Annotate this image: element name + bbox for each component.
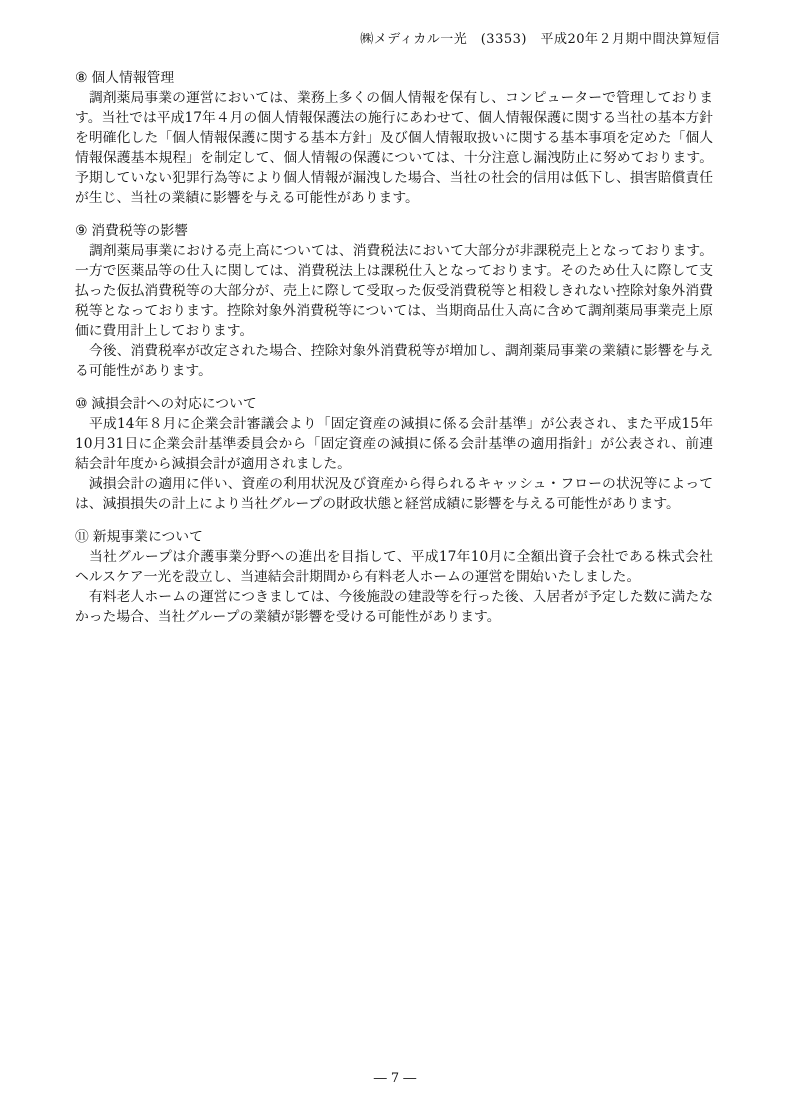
risk-section: ⑪新規事業について 当社グループは介護事業分野への進出を目指して、平成17年10… [75, 527, 713, 627]
section-heading: ⑪新規事業について [75, 527, 713, 547]
section-title: 減損会計への対応について [91, 396, 256, 412]
page-header: ㈱メディカル一光 (3353) 平成20年２月期中間決算短信 [360, 28, 720, 47]
section-paragraph: 当社グループは介護事業分野への進出を目指して、平成17年10月に全額出資子会社で… [75, 547, 713, 587]
section-heading: ⑨消費税等の影響 [75, 221, 713, 241]
section-paragraph: 平成14年８月に企業会計審議会より「固定資産の減損に係る会計基準」が公表され、ま… [75, 414, 713, 474]
section-marker: ⑪ [75, 527, 89, 547]
risk-sections-container: ⑧個人情報管理 調剤薬局事業の運営においては、業務上多くの個人情報を保有し、コン… [75, 68, 713, 640]
section-title: 個人情報管理 [91, 70, 174, 86]
section-marker: ⑨ [75, 221, 87, 241]
section-paragraph: 今後、消費税率が改定された場合、控除対象外消費税等が増加し、調剤薬局事業の業績に… [75, 341, 713, 381]
document-page: ㈱メディカル一光 (3353) 平成20年２月期中間決算短信 ⑧個人情報管理 調… [0, 0, 790, 1118]
section-marker: ⑩ [75, 394, 87, 414]
page-number: ― 7 ― [0, 1071, 790, 1086]
section-paragraph: 調剤薬局事業における売上高については、消費税法において大部分が非課税売上となって… [75, 241, 713, 341]
risk-section: ⑨消費税等の影響 調剤薬局事業における売上高については、消費税法において大部分が… [75, 221, 713, 381]
section-title: 新規事業について [93, 529, 203, 545]
section-paragraph: 有料老人ホームの運営につきましては、今後施設の建設等を行った後、入居者が予定した… [75, 587, 713, 627]
section-paragraph: 減損会計の適用に伴い、資産の利用状況及び資産から得られるキャッシュ・フローの状況… [75, 474, 713, 514]
section-title: 消費税等の影響 [91, 223, 188, 239]
section-marker: ⑧ [75, 68, 87, 88]
section-heading: ⑧個人情報管理 [75, 68, 713, 88]
section-heading: ⑩減損会計への対応について [75, 394, 713, 414]
section-paragraph: 調剤薬局事業の運営においては、業務上多くの個人情報を保有し、コンピューターで管理… [75, 88, 713, 208]
risk-section: ⑧個人情報管理 調剤薬局事業の運営においては、業務上多くの個人情報を保有し、コン… [75, 68, 713, 208]
risk-section: ⑩減損会計への対応について 平成14年８月に企業会計審議会より「固定資産の減損に… [75, 394, 713, 514]
